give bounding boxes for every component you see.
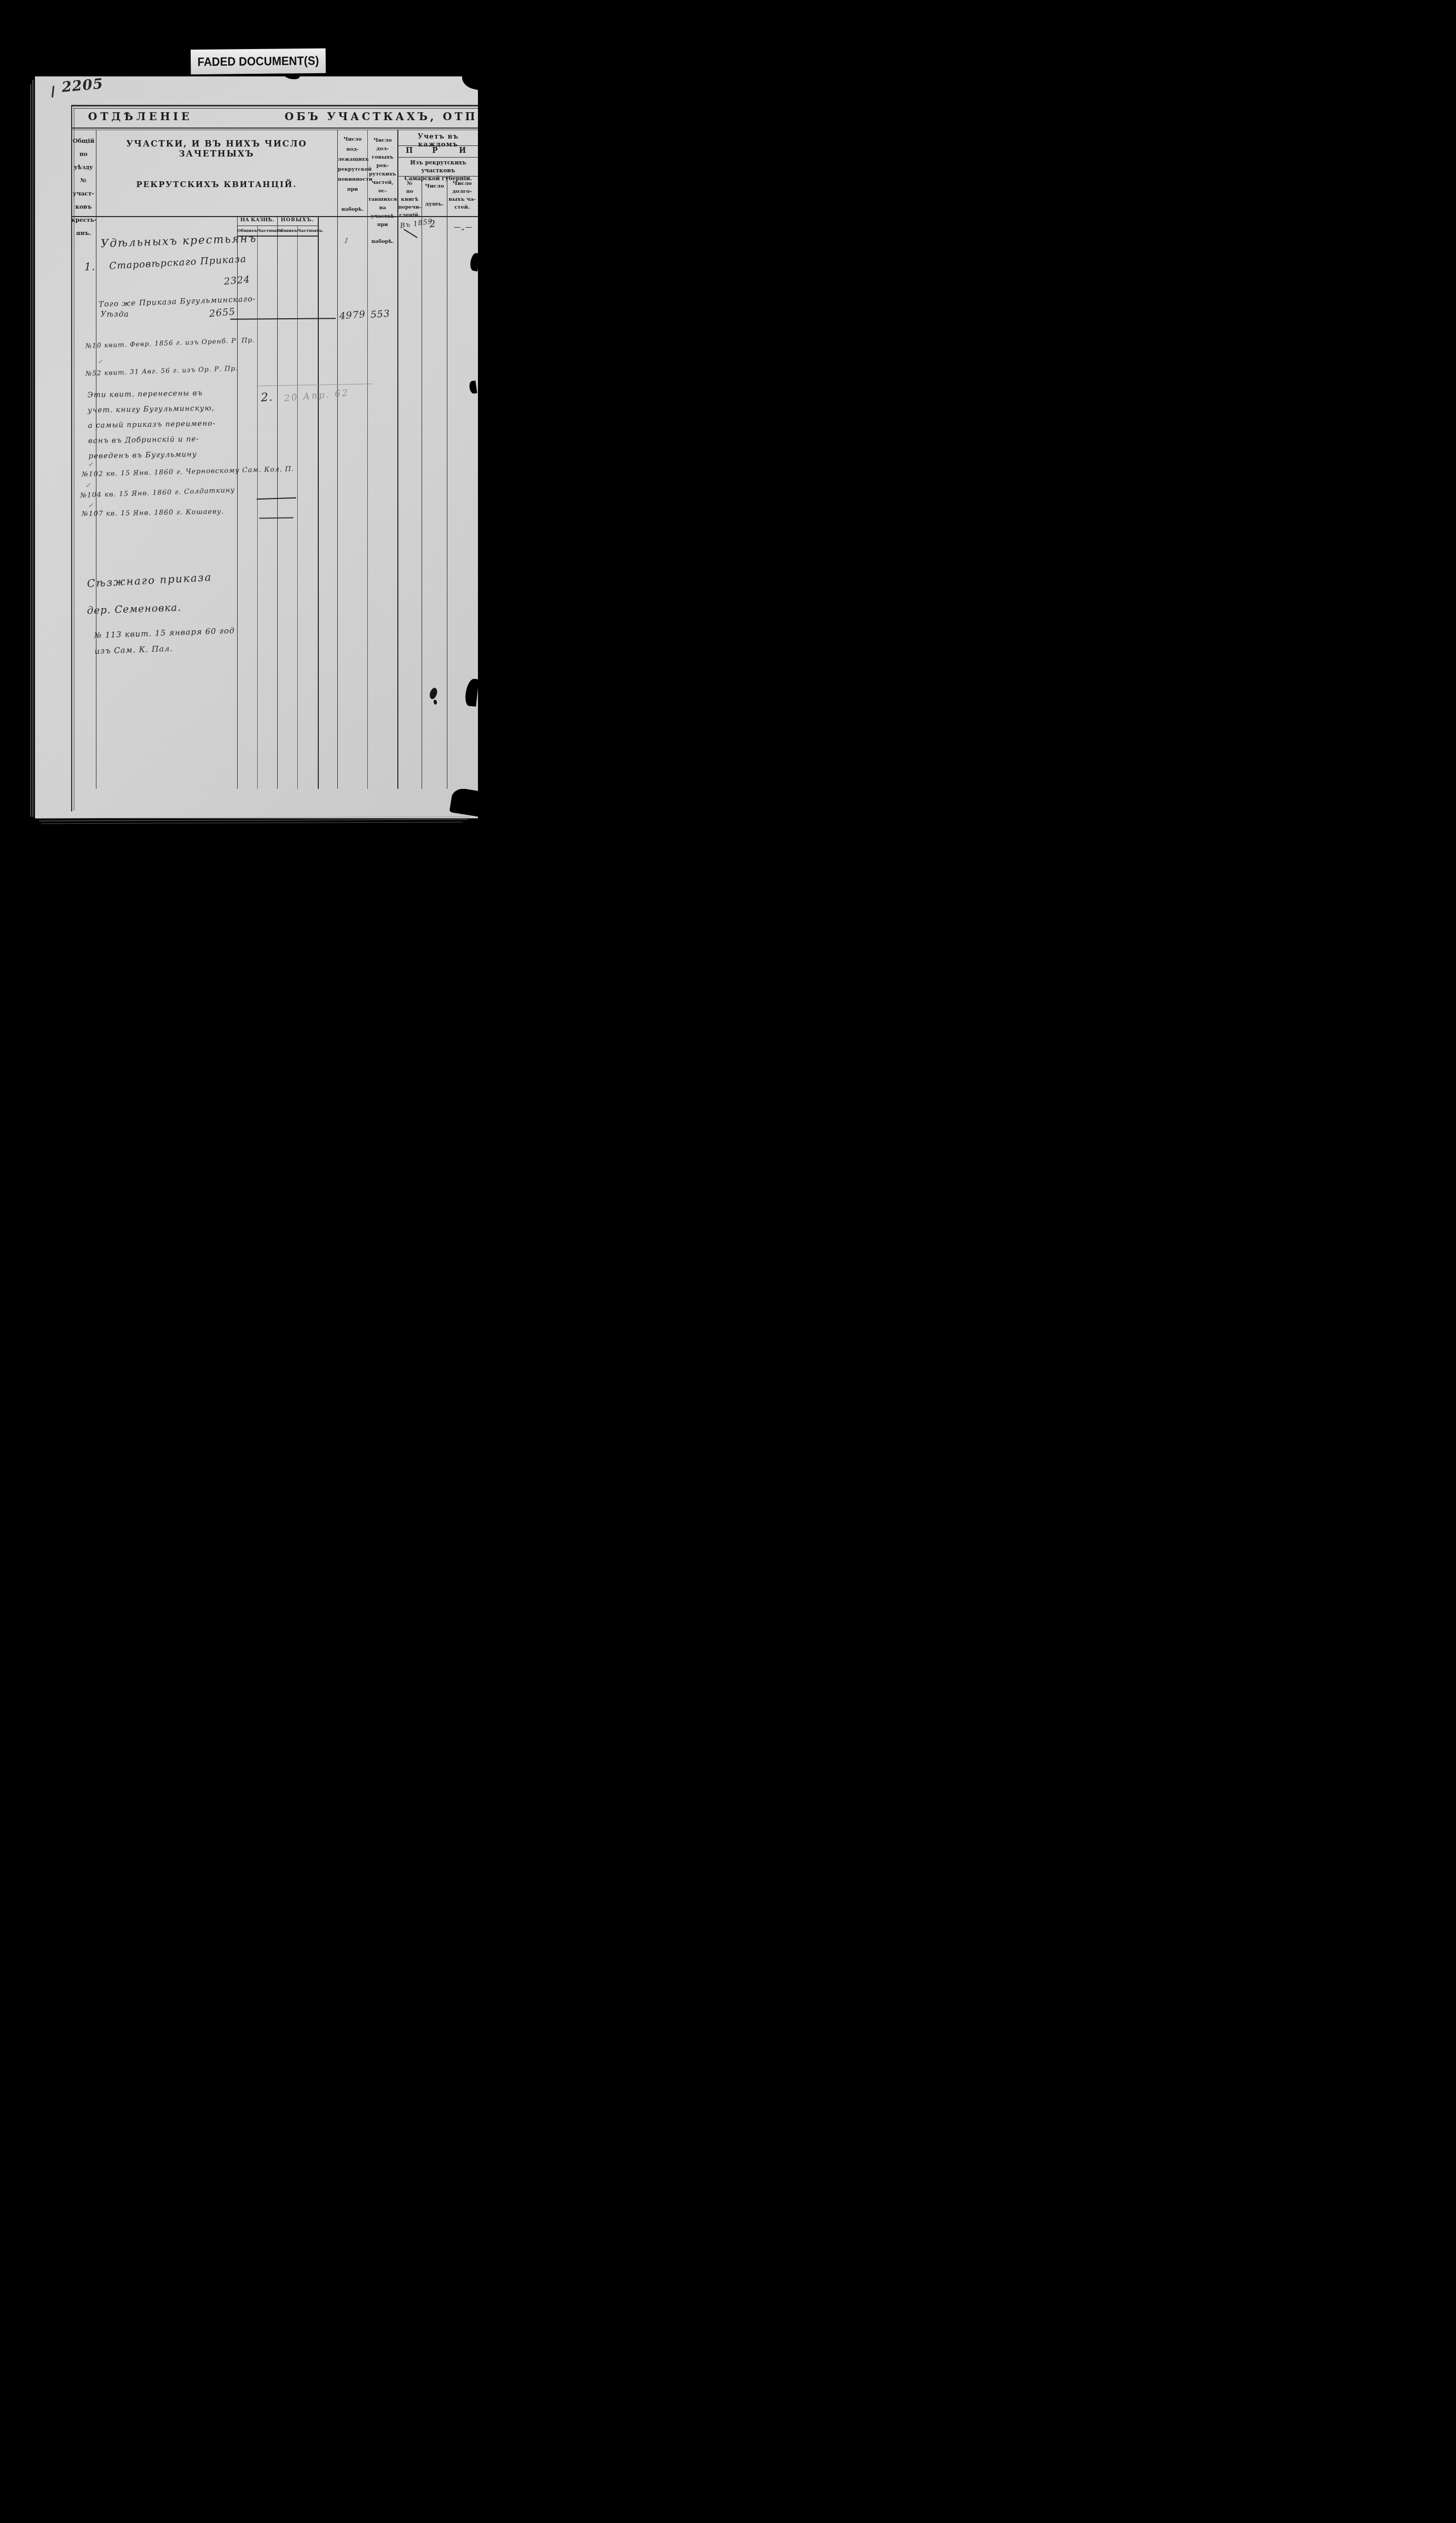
- subheader-na-kazne: НА КАЗНѢ.: [237, 217, 277, 223]
- entry-quittance-line: №52 квит. 31 Авг. 56 г. изъ Ор. Р. Пр.: [85, 364, 238, 377]
- handwritten-tick: 1: [344, 237, 350, 245]
- entry-uezd-word: Уѣзда: [101, 310, 129, 319]
- entry-prikaz-value: 2655: [209, 306, 236, 319]
- handwritten-dash: [259, 517, 294, 519]
- page-stack-edge: [41, 822, 463, 824]
- grid-line: [397, 130, 398, 789]
- folio-number: 2205: [61, 76, 104, 96]
- grid-line: [277, 216, 278, 789]
- grid-line: [71, 130, 478, 130]
- page-stack-edge: [33, 80, 33, 817]
- subheader-chastnyh: Частныхъ.: [297, 228, 318, 233]
- handwritten-dash: [257, 497, 296, 500]
- page-stack-edge: [31, 84, 31, 817]
- entry-dolgovyh-value: 553: [370, 308, 390, 321]
- torn-edge: [449, 787, 485, 817]
- subheader-chastnyh: Частныхъ.: [257, 228, 277, 233]
- grid-line: [257, 226, 258, 789]
- column-header-dolgovyh: Число дол- говыхъ рек- рутскихъ частей, …: [368, 136, 397, 246]
- banner-label: FADED DOCUMENT(S): [198, 54, 319, 69]
- page-stack-edge: [39, 819, 468, 822]
- grid-line: [422, 176, 422, 789]
- grid-line: [71, 128, 478, 129]
- entry-prikaz-name: Старовѣрскаго Приказа: [109, 253, 247, 272]
- column-header-podlezhaschih: Число под- лежащихъ рекрутской повинност…: [338, 134, 367, 214]
- scanned-document-page: FADED DOCUMENT(S) 2205 ОТДѢЛЕНІЕ ОБЪ УЧА…: [0, 0, 485, 841]
- check-mark: ✓: [85, 482, 91, 489]
- table-title-right: ОБЪ УЧАСТКАХЪ, ОТПРАВ: [285, 110, 480, 123]
- entry-podlezhaschih-value: 4979: [339, 309, 366, 321]
- grid-line: [318, 216, 319, 789]
- entry-quittance-line: №102 кв. 15 Янв. 1860 г. Черновскому Сам…: [82, 465, 295, 479]
- table-title-left: ОТДѢЛЕНІЕ: [88, 110, 192, 123]
- column-header-chislo-dush: Число душъ.: [422, 182, 447, 209]
- grid-line: [337, 130, 338, 789]
- entry-row-number: 1.: [84, 260, 95, 273]
- entry-quittance-line: №10 квит. Февр. 1856 г. изъ Оренб. Р. Пр…: [85, 336, 256, 349]
- grid-line: [398, 176, 478, 177]
- handwritten-rule: [230, 318, 336, 319]
- column-header-pri-letter: П: [406, 146, 413, 155]
- grid-line: [73, 108, 478, 109]
- handwritten-transfer-parts: —„—: [454, 223, 473, 231]
- column-header-uchastki-line1: УЧАСТКИ, И ВЪ НИХЪ ЧИСЛО ЗАЧЕТНЫХЪ: [96, 139, 337, 159]
- entry-note-column-value: 2.: [260, 390, 273, 405]
- column-header-uchastki-line2: РЕКРУТСКИХЪ КВИТАНЦІЙ.: [96, 180, 337, 189]
- check-mark: ✓: [97, 358, 103, 365]
- paper-sheet: 2205 ОТДѢЛЕНІЕ ОБЪ УЧАСТКАХЪ, ОТПРАВ Общ…: [35, 76, 478, 818]
- entry-village-name: дер. Семеновка.: [87, 602, 182, 617]
- entry-quittance-line: №104 кв. 15 Янв. 1860 г. Солдаткину: [80, 486, 235, 500]
- grid-line: [297, 226, 298, 789]
- handwritten-transfer-souls: 2: [429, 218, 437, 230]
- entry-section-title: Сѣзжнаго приказа: [87, 571, 212, 590]
- entry-prikaz-value: 2324: [223, 274, 250, 287]
- grid-line: [447, 176, 447, 789]
- margin-mark: [52, 86, 54, 97]
- ink-blot: [428, 687, 438, 700]
- check-mark: ✓: [88, 502, 94, 509]
- check-mark: ✓: [88, 461, 94, 468]
- ink-blot: [433, 700, 437, 705]
- faded-document-banner: FADED DOCUMENT(S): [191, 48, 326, 75]
- entry-note-date: 20 Апр. 62: [284, 388, 349, 404]
- column-header-uezd-number: Общій по уѣзду № участ- ковъ кресть- янъ…: [71, 134, 96, 240]
- column-header-po-knige: № по книгѣ перечи- сленій.: [398, 180, 422, 219]
- entry-quittance-line: № 113 квит. 15 января 60 год изъ Сам. К.…: [94, 621, 269, 659]
- grid-line: [71, 105, 478, 106]
- column-header-pri-letter: И: [459, 146, 466, 155]
- subheader-obschih: Общихъ.: [277, 228, 297, 233]
- entry-quittance-line: №107 кв. 15 Янв. 1860 г. Кошаеву.: [82, 508, 224, 519]
- entry-transfer-note: Эти квит. перенесены въ учет. книгу Бугу…: [87, 385, 262, 464]
- grid-line: [237, 226, 318, 226]
- column-header-pri-letter: Р: [432, 146, 438, 155]
- entry-section-title: Удѣльныхъ крестьянъ: [101, 232, 257, 250]
- faint-line: [257, 384, 373, 386]
- handwritten-stroke: [404, 229, 418, 238]
- subheader-novyh: НОВЫХЪ.: [277, 217, 318, 223]
- grid-line: [398, 145, 478, 146]
- grid-line: [398, 157, 478, 158]
- column-header-chislo-dolg-chastei: Число долго- выхъ ча- стей.: [447, 180, 477, 211]
